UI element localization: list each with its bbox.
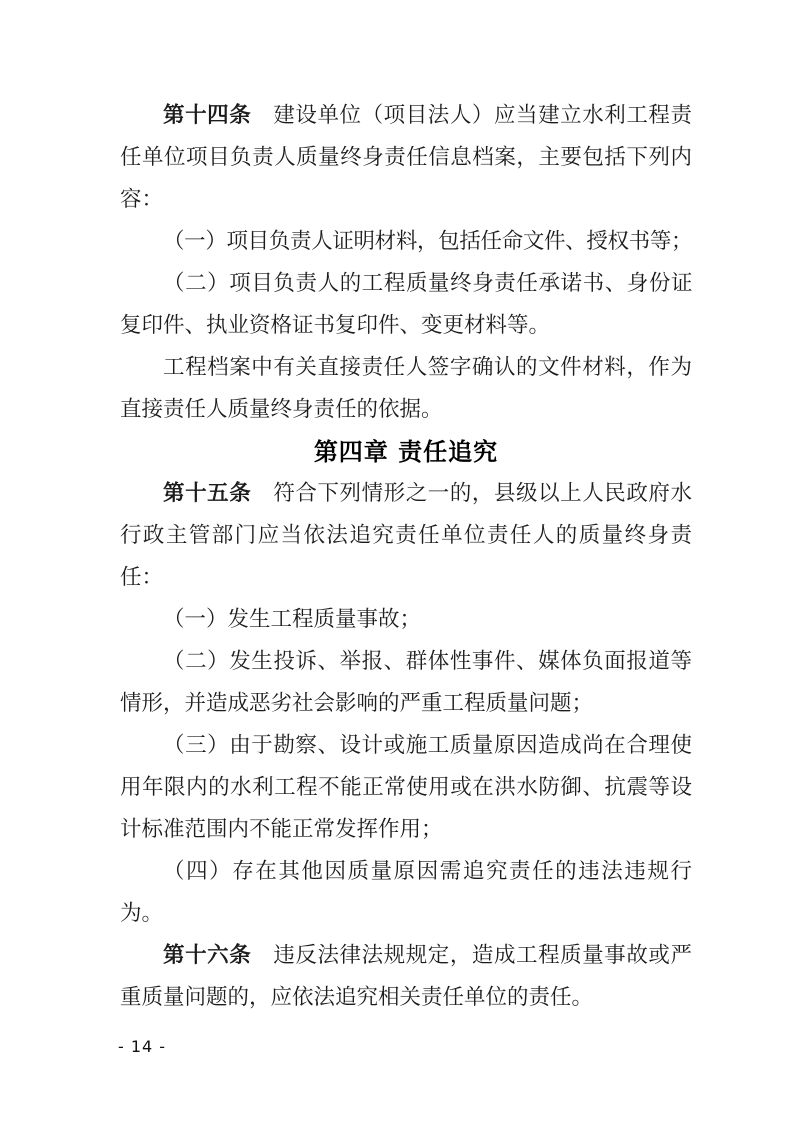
- list-item-line: （三）由于勘察、设计或施工质量原因造成尚在合理使: [120, 725, 692, 767]
- document-page: 第十四条 建设单位（项目法人）应当建立水利工程责 任单位项目负责人质量终身责任信…: [0, 0, 800, 1131]
- text-line-content: 违反法律法规规定，造成工程质量事故或严: [251, 943, 692, 968]
- document-body: 第十四条 建设单位（项目法人）应当建立水利工程责 任单位项目负责人质量终身责任信…: [120, 95, 692, 1019]
- article-number: 第十四条: [163, 103, 251, 128]
- list-item-line: （二）项目负责人的工程质量终身责任承诺书、身份证: [120, 263, 692, 305]
- text-line: 用年限内的水利工程不能正常使用或在洪水防御、抗震等设: [120, 767, 692, 809]
- text-line: 行政主管部门应当依法追究责任单位责任人的质量终身责: [120, 515, 692, 557]
- text-line: 为。: [120, 893, 692, 935]
- article-number: 第十六条: [163, 943, 251, 968]
- text-line: 直接责任人质量终身责任的依据。: [120, 389, 692, 431]
- article-number: 第十五条: [163, 481, 251, 506]
- text-line: 任单位项目负责人质量终身责任信息档案，主要包括下列内: [120, 137, 692, 179]
- text-line: 计标准范围内不能正常发挥作用；: [120, 809, 692, 851]
- text-line: 重质量问题的，应依法追究相关责任单位的责任。: [120, 977, 692, 1019]
- text-line-content: 符合下列情形之一的，县级以上人民政府水: [251, 481, 692, 506]
- page-number: - 14 -: [118, 1037, 166, 1057]
- list-item-line: （一）发生工程质量事故；: [120, 599, 692, 641]
- list-item-line: （二）发生投诉、举报、群体性事件、媒体负面报道等: [120, 641, 692, 683]
- list-item-line: （四）存在其他因质量原因需追究责任的违法违规行: [120, 851, 692, 893]
- text-line: 第十四条 建设单位（项目法人）应当建立水利工程责: [120, 95, 692, 137]
- text-line: 任：: [120, 557, 692, 599]
- text-line: 工程档案中有关直接责任人签字确认的文件材料，作为: [120, 347, 692, 389]
- text-line: 容：: [120, 179, 692, 221]
- list-item-line: （一）项目负责人证明材料，包括任命文件、授权书等；: [120, 221, 692, 263]
- text-line: 第十五条 符合下列情形之一的，县级以上人民政府水: [120, 473, 692, 515]
- text-line: 第十六条 违反法律法规规定，造成工程质量事故或严: [120, 935, 692, 977]
- text-line-content: 建设单位（项目法人）应当建立水利工程责: [251, 103, 692, 128]
- text-line: 复印件、执业资格证书复印件、变更材料等。: [120, 305, 692, 347]
- chapter-heading: 第四章 责任追究: [120, 431, 692, 473]
- text-line: 情形，并造成恶劣社会影响的严重工程质量问题；: [120, 683, 692, 725]
